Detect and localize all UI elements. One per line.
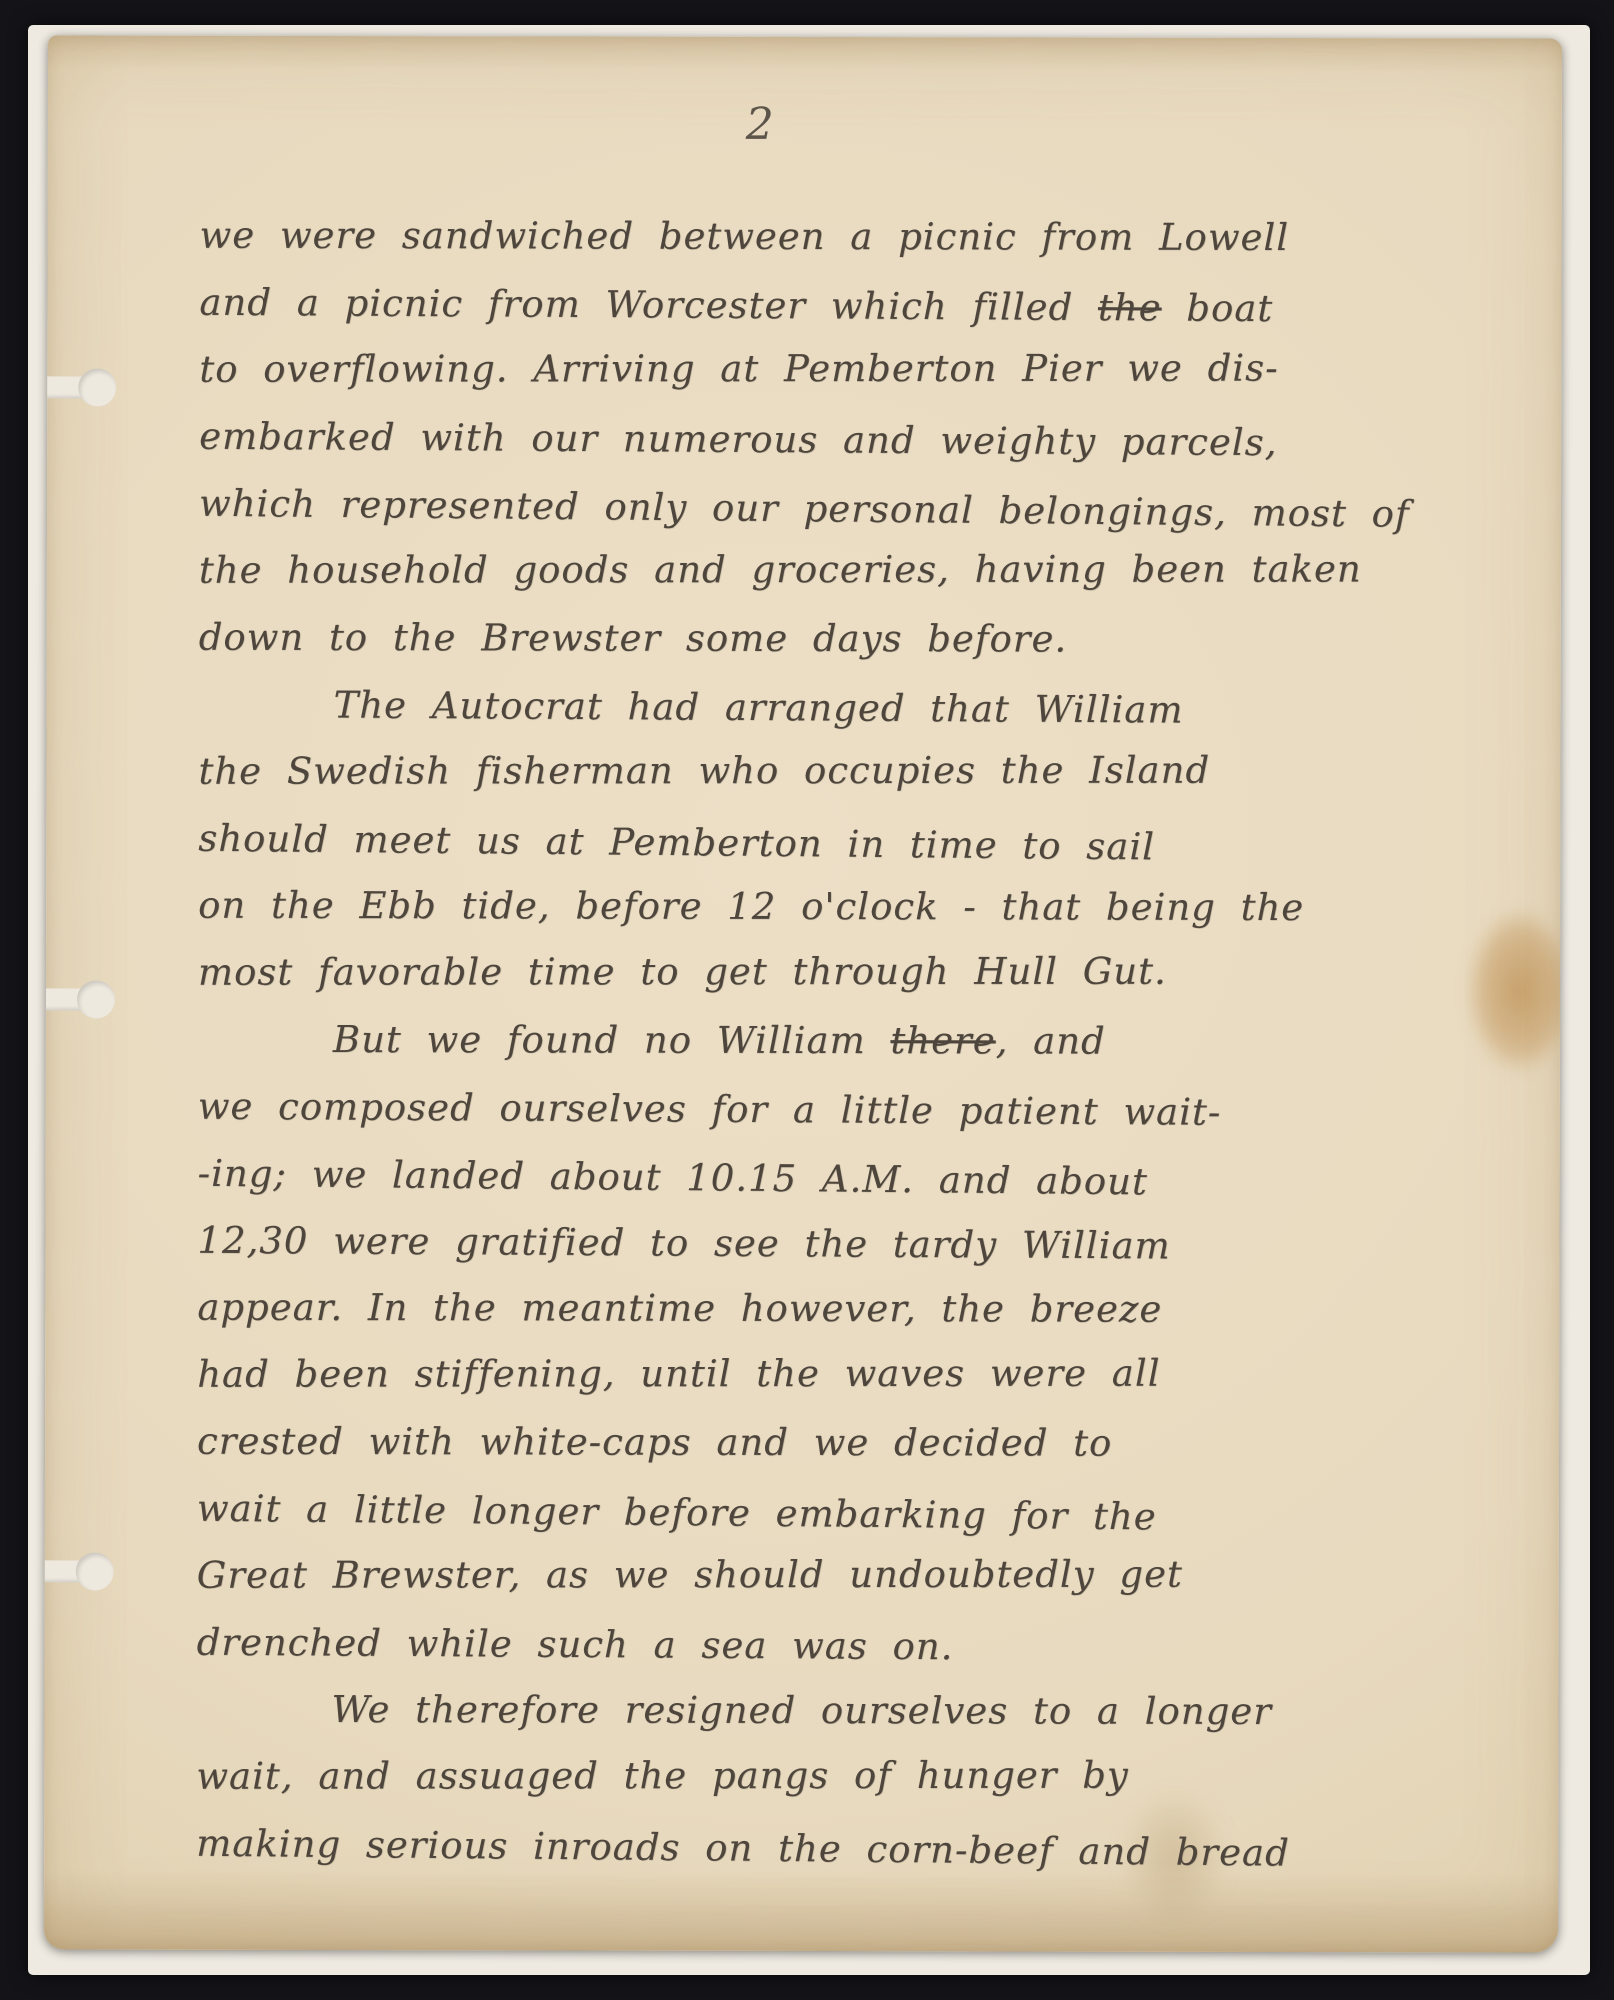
manuscript-line: crested with white-caps and we decided t…: [197, 1408, 1537, 1478]
handwritten-text: we composed ourselves for a little patie…: [198, 1085, 1222, 1134]
manuscript-line: But we found no William there, and: [198, 1006, 1538, 1076]
handwritten-text: the household goods and groceries, havin…: [199, 548, 1362, 592]
manuscript-line: 12,30 were gratified to see the tardy Wi…: [197, 1207, 1537, 1282]
manuscript-line: We therefore resigned ourselves to a lon…: [196, 1676, 1536, 1746]
manuscript-line: drenched while such a sea was on.: [196, 1609, 1536, 1684]
handwritten-text: the Swedish fisherman who occupies the I…: [198, 749, 1210, 793]
paper-edge-toning-top: [48, 35, 1562, 72]
hole-punch-bottom: [44, 1560, 90, 1582]
handwritten-text: to overflowing. Arriving at Pemberton Pi…: [199, 347, 1278, 391]
manuscript-line: appear. In the meantime however, the bre…: [197, 1274, 1537, 1344]
handwritten-text: 12,30 were gratified to see the tardy Wi…: [197, 1219, 1170, 1268]
manuscript-line: the household goods and groceries, havin…: [199, 535, 1539, 603]
handwritten-text: on the Ebb tide, before 12 o'clock - tha…: [198, 884, 1304, 929]
scan-background: { "document": { "kind": "handwritten man…: [0, 0, 1614, 2000]
manuscript-line: to overflowing. Arriving at Pemberton Pi…: [199, 334, 1539, 402]
handwritten-text: we were sandwiched between a picnic from…: [200, 214, 1290, 259]
handwritten-text: , and: [996, 1019, 1106, 1062]
handwritten-text: making serious inroads on the corn-beef …: [196, 1822, 1290, 1875]
handwritten-text: crested with white-caps and we decided t…: [197, 1420, 1112, 1465]
manuscript-line: on the Ebb tide, before 12 o'clock - tha…: [198, 872, 1538, 942]
handwritten-text: But we found no William: [333, 1018, 891, 1062]
manuscript-line: had been stiffening, until the waves wer…: [197, 1339, 1537, 1407]
handwritten-text: -ing; we landed about 10.15 A.M. and abo…: [197, 1152, 1148, 1204]
manuscript-page: 2 we were sandwiched between a picnic fr…: [44, 35, 1562, 1952]
manuscript-line: embarked with our numerous and weighty p…: [199, 403, 1539, 478]
manuscript-line: we composed ourselves for a little patie…: [198, 1073, 1538, 1148]
manuscript-line: the Swedish fisherman who occupies the I…: [198, 736, 1538, 804]
manuscript-line: should meet us at Pemberton in time to s…: [198, 805, 1539, 884]
handwritten-text: Great Brewster, as we should undoubtedly…: [197, 1553, 1183, 1597]
handwritten-text: The Autocrat had arranged that William: [333, 684, 1183, 732]
manuscript-line: and a picnic from Worcester which filled…: [199, 269, 1539, 344]
handwritten-text: appear. In the meantime however, the bre…: [197, 1286, 1162, 1331]
manuscript-line: most favorable time to get through Hull …: [198, 937, 1538, 1005]
manuscript-line: wait, and assuaged the pangs of hunger b…: [196, 1741, 1536, 1809]
struck-word: the: [1098, 286, 1162, 329]
handwritten-text: drenched while such a sea was on.: [197, 1621, 954, 1668]
manuscript-line: The Autocrat had arranged that William: [198, 671, 1538, 746]
manuscript-line: we were sandwiched between a picnic from…: [200, 202, 1540, 272]
manuscript-line: making serious inroads on the corn-beef …: [196, 1810, 1537, 1889]
manuscript-line: down to the Brewster some days before.: [199, 604, 1539, 674]
struck-word: there: [890, 1019, 995, 1062]
page-number: 2: [720, 99, 800, 150]
manuscript-lines: we were sandwiched between a picnic from…: [196, 202, 1540, 1880]
handwritten-text: wait a little longer before embarking fo…: [197, 1487, 1157, 1539]
handwritten-text: most favorable time to get through Hull …: [198, 950, 1167, 994]
handwritten-text: had been stiffening, until the waves wer…: [197, 1352, 1160, 1396]
handwritten-text: should meet us at Pemberton in time to s…: [198, 817, 1155, 869]
handwritten-text: We therefore resigned ourselves to a lon…: [331, 1688, 1272, 1733]
handwritten-text: which represented only our personal belo…: [199, 482, 1410, 536]
handwritten-text: down to the Brewster some days before.: [199, 616, 1068, 661]
manuscript-line: Great Brewster, as we should undoubtedly…: [197, 1540, 1537, 1608]
handwritten-text: embarked with our numerous and weighty p…: [199, 415, 1278, 464]
handwritten-text: wait, and assuaged the pangs of hunger b…: [196, 1754, 1128, 1798]
handwritten-text: and a picnic from Worcester which filled: [199, 281, 1098, 329]
handwritten-text: boat: [1161, 286, 1273, 330]
hole-punch-top: [44, 376, 92, 398]
hole-punch-middle: [44, 988, 91, 1010]
